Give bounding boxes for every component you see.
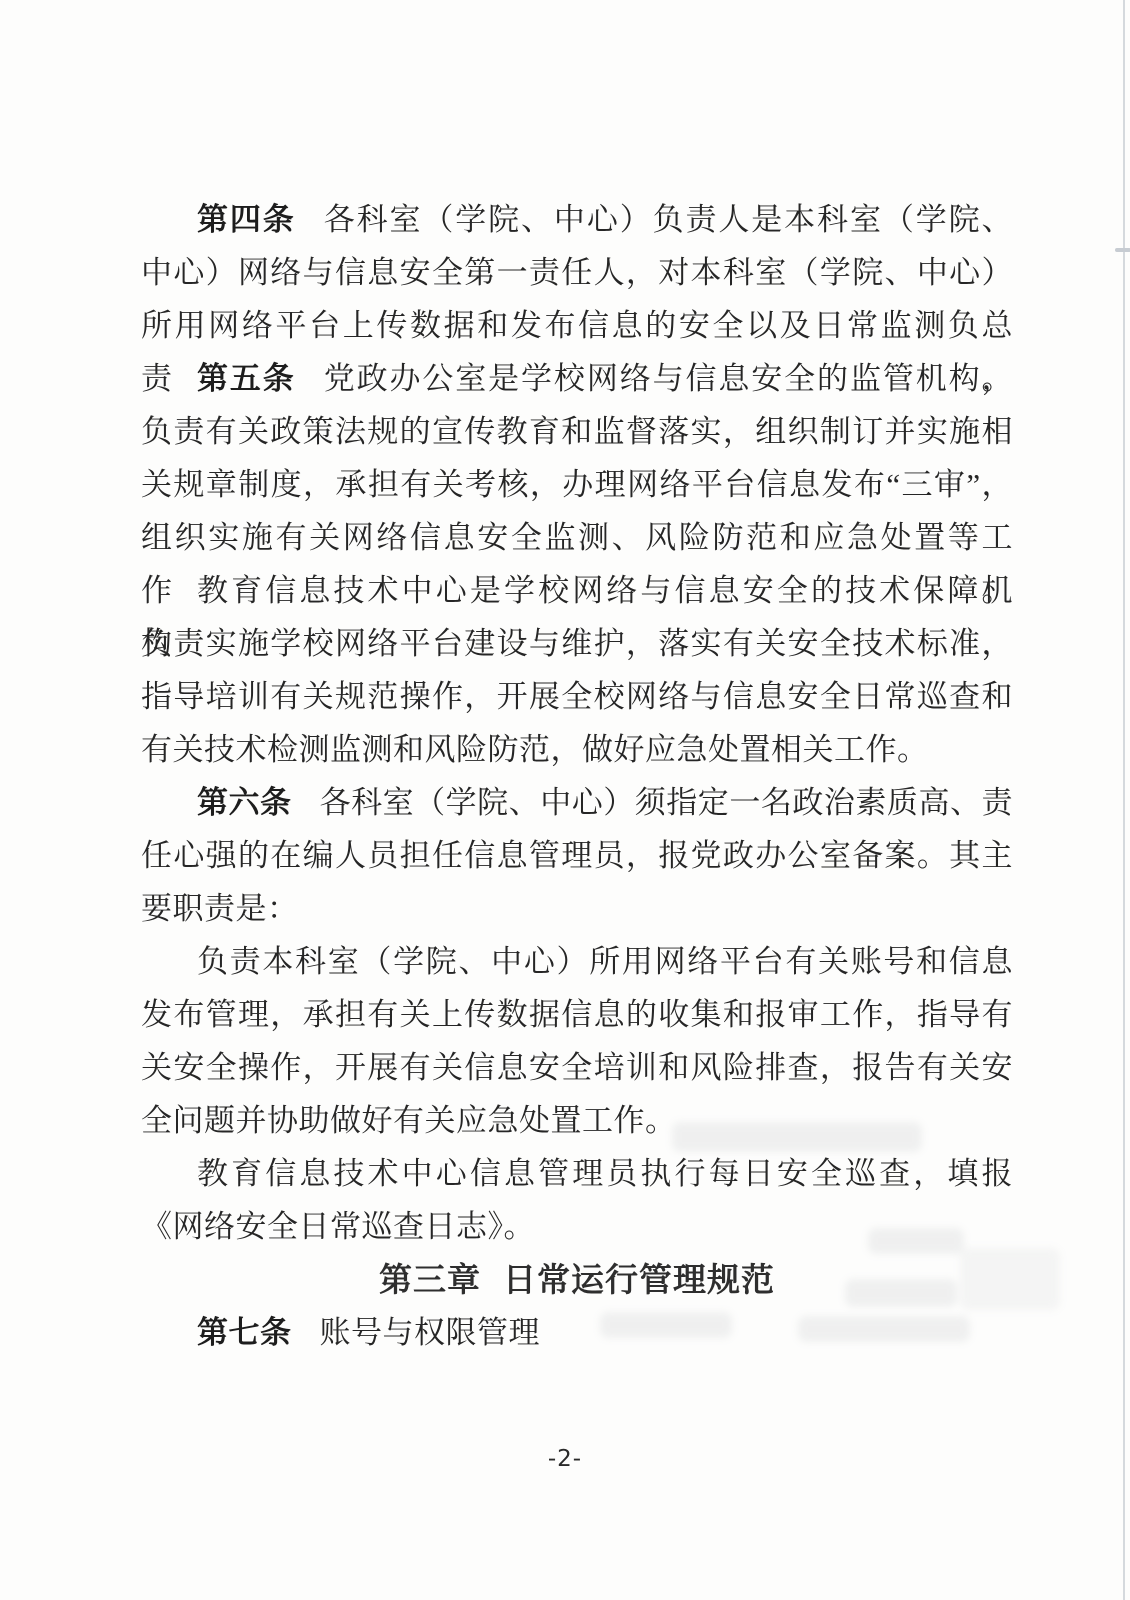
page-number: -2-: [0, 1446, 1130, 1472]
text-line: 负责有关政策法规的宣传教育和监督落实，组织制订并实施相: [141, 405, 1013, 458]
text-line: 第七条账号与权限管理: [141, 1306, 1013, 1359]
text-line: 第四条各科室（学院、中心）负责人是本科室（学院、: [141, 193, 1013, 246]
article-number-label: 第五条: [197, 361, 296, 397]
article-number-label: 第六条: [197, 785, 292, 821]
line-text: 账号与权限管理: [320, 1315, 541, 1350]
line-text: 各科室（学院、中心）须指定一名政治素质高、责: [320, 785, 1013, 820]
chapter-number: 第三章: [379, 1260, 481, 1299]
line-text: 各科室（学院、中心）负责人是本科室（学院、: [324, 202, 1013, 237]
text-line: 《网络安全日常巡查日志》。: [141, 1200, 1013, 1253]
line-text: 发布管理，承担有关上传数据信息的收集和报审工作，指导有: [141, 997, 1013, 1032]
text-line: 要职责是：: [141, 882, 1013, 935]
line-text: 全问题并协助做好有关应急处置工作。: [141, 1103, 677, 1138]
line-text: 关安全操作，开展有关信息安全培训和风险排查，报告有关安: [141, 1050, 1013, 1085]
text-line: 任心强的在编人员担任信息管理员，报党政办公室备案。其主: [141, 829, 1013, 882]
text-line: 关安全操作，开展有关信息安全培训和风险排查，报告有关安: [141, 1041, 1013, 1094]
text-line: 所用网络平台上传数据和发布信息的安全以及日常监测负总责。: [141, 299, 1013, 352]
chapter-title: 日常运行管理规范: [503, 1260, 775, 1299]
text-line: 第六条各科室（学院、中心）须指定一名政治素质高、责: [141, 776, 1013, 829]
text-line: 发布管理，承担有关上传数据信息的收集和报审工作，指导有: [141, 988, 1013, 1041]
line-text: 教育信息技术中心信息管理员执行每日安全巡查，填报: [197, 1156, 1013, 1191]
article-number-label: 第四条: [197, 202, 296, 238]
line-text: 有关技术检测监测和风险防范，做好应急处置相关工作。: [141, 732, 929, 767]
line-text: 要职责是：: [141, 891, 299, 926]
line-text: 中心）网络与信息安全第一责任人，对本科室（学院、中心）: [141, 255, 1013, 290]
text-line: 指导培训有关规范操作，开展全校网络与信息安全日常巡查和: [141, 670, 1013, 723]
document-body: 第四条各科室（学院、中心）负责人是本科室（学院、 中心）网络与信息安全第一责任人…: [141, 193, 1013, 1359]
text-line: 第五条党政办公室是学校网络与信息安全的监管机构，: [141, 352, 1013, 405]
line-text: 负责本科室（学院、中心）所用网络平台有关账号和信息: [197, 944, 1013, 979]
scan-edge-line: [1123, 0, 1125, 1600]
text-line: 全问题并协助做好有关应急处置工作。: [141, 1094, 1013, 1147]
text-line: 中心）网络与信息安全第一责任人，对本科室（学院、中心）: [141, 246, 1013, 299]
line-text: 关规章制度，承担有关考核，办理网络平台信息发布“三审”，: [141, 467, 1013, 502]
text-line: 负责本科室（学院、中心）所用网络平台有关账号和信息: [141, 935, 1013, 988]
line-text: 指导培训有关规范操作，开展全校网络与信息安全日常巡查和: [141, 679, 1013, 714]
line-text: 任心强的在编人员担任信息管理员，报党政办公室备案。其主: [141, 838, 1013, 873]
chapter-heading: 第三章日常运行管理规范: [141, 1253, 1013, 1306]
document-page: 第四条各科室（学院、中心）负责人是本科室（学院、 中心）网络与信息安全第一责任人…: [0, 0, 1130, 1600]
text-line: 教育信息技术中心信息管理员执行每日安全巡查，填报: [141, 1147, 1013, 1200]
text-line: 关规章制度，承担有关考核，办理网络平台信息发布“三审”，: [141, 458, 1013, 511]
scan-edge-mark: [1115, 248, 1130, 252]
text-line: 负责实施学校网络平台建设与维护，落实有关安全技术标准，: [141, 617, 1013, 670]
line-text: 党政办公室是学校网络与信息安全的监管机构，: [324, 361, 1013, 396]
line-text: 《网络安全日常巡查日志》。: [141, 1209, 535, 1244]
line-text: 负责实施学校网络平台建设与维护，落实有关安全技术标准，: [141, 626, 1013, 661]
article-number-label: 第七条: [197, 1315, 292, 1351]
text-line: 组织实施有关网络信息安全监测、风险防范和应急处置等工作。: [141, 511, 1013, 564]
line-text: 负责有关政策法规的宣传教育和监督落实，组织制订并实施相: [141, 414, 1013, 449]
text-line: 有关技术检测监测和风险防范，做好应急处置相关工作。: [141, 723, 1013, 776]
text-line: 教育信息技术中心是学校网络与信息安全的技术保障机构，: [141, 564, 1013, 617]
